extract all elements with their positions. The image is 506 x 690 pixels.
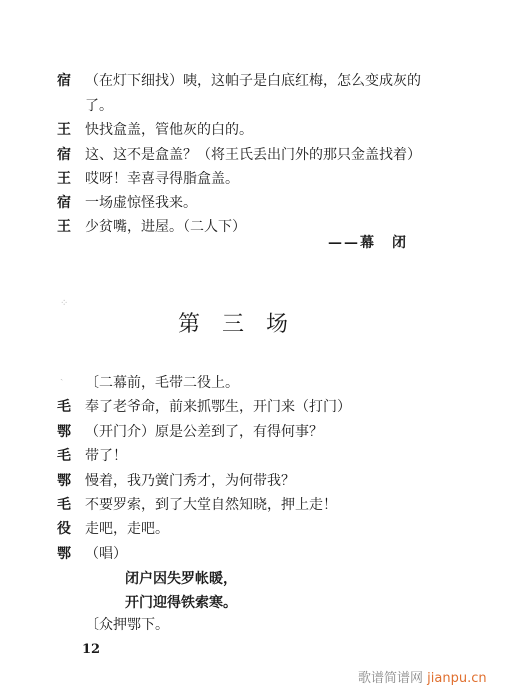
- dialogue-text: 哎呀！幸喜寻得脂盒盖。: [85, 170, 239, 188]
- speaker: 王: [57, 121, 71, 139]
- speaker: 宿: [57, 72, 71, 90]
- page-number: 12: [82, 642, 100, 657]
- dialogue-text: 走吧，走吧。: [85, 520, 169, 538]
- speaker: 王: [57, 218, 71, 236]
- watermark: 歌谱简谱网 jianpu.cn: [358, 667, 487, 686]
- speaker: 王: [57, 170, 71, 188]
- stage-direction: 〔众押鄂下。: [85, 616, 169, 634]
- dialogue-text: 奉了老爷命，前来抓鄂生，开门来（打门）: [85, 398, 351, 416]
- dialogue-text: 了。: [85, 97, 113, 115]
- dialogue-text: 带了！: [85, 447, 127, 465]
- stage-direction: 〔二幕前，毛带二役上。: [85, 374, 239, 392]
- speaker: 毛: [57, 447, 71, 465]
- sung-verse: 开门迎得铁索寒。: [125, 592, 237, 612]
- speaker: 毛: [57, 496, 71, 514]
- dialogue-text: 慢着，我乃黉门秀才，为何带我？: [85, 472, 295, 490]
- speaker: 毛: [57, 398, 71, 416]
- scan-speck: ˎ: [60, 370, 63, 381]
- speaker: 宿: [57, 194, 71, 212]
- dialogue-text: 快找盒盖，管他灰的白的。: [85, 121, 253, 139]
- dialogue-text: （开门介）原是公差到了，有得何事？: [85, 423, 323, 441]
- dialogue-text: 这、这不是盒盖？（将王氏丢出门外的那只金盖找着）: [85, 146, 421, 164]
- speaker: 宿: [57, 146, 71, 164]
- dialogue-text: （在灯下细找）咦，这帕子是白底红梅，怎么变成灰的: [85, 72, 421, 90]
- dialogue-text: （唱）: [85, 545, 127, 563]
- speaker: 鄂: [57, 423, 71, 441]
- scan-speck: ⁘: [60, 298, 68, 309]
- speaker: 鄂: [57, 472, 71, 490]
- watermark-site-name: 歌谱简谱网: [358, 671, 423, 686]
- dialogue-text: 少贫嘴，进屋。（二人下）: [85, 218, 246, 236]
- scene-title: 第三场: [178, 307, 310, 338]
- watermark-url: jianpu.cn: [427, 671, 486, 686]
- dialogue-text: 一场虚惊怪我来。: [85, 194, 197, 212]
- speaker: 鄂: [57, 545, 71, 563]
- curtain-close: ——幕 闭: [328, 232, 408, 252]
- dialogue-text: 不要罗索，到了大堂自然知晓，押上走！: [85, 496, 337, 514]
- sung-verse: 闭户因失罗帐暖，: [125, 568, 237, 588]
- speaker: 役: [57, 520, 71, 538]
